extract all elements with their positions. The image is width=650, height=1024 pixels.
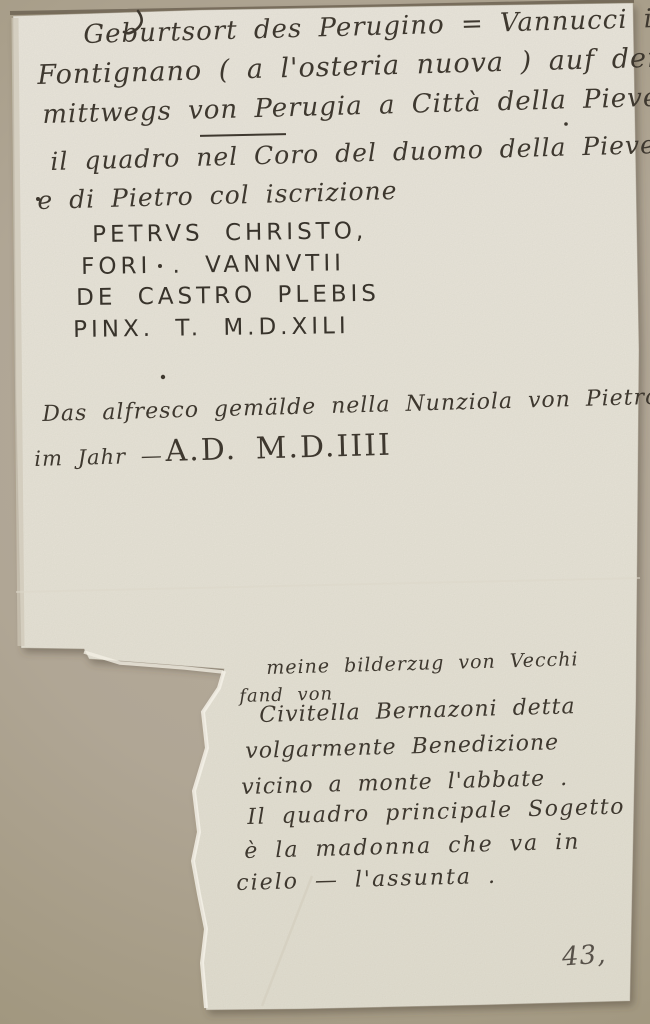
handwritten-line-birthplace: Geburtsort des Perugino = Vannucci ist: [83, 3, 650, 50]
fragment-line-vicino: vicino a monte l'abbate .: [241, 766, 568, 800]
fragment-line-quadro-principale: Il quadro principale Sogetto: [247, 794, 625, 830]
handwritten-line-year-prefix: im Jahr —: [34, 443, 163, 471]
handwritten-line-fresco: Das alfresco gemälde nella Nunziola von …: [42, 385, 650, 427]
handwritten-line-midway: mittwegs von Perugia a Città della Pieve…: [42, 82, 650, 130]
fragment-line-madonna: è la madonna che va in: [244, 830, 581, 864]
fragment-line-bilder: meine bilderzug von Vecchi: [266, 648, 579, 679]
inscription-line-petrvs: PETRVS CHRISTO,: [92, 218, 367, 248]
inscription-line-pinx: PINX. T. M.D.XILI: [73, 313, 350, 343]
handwritten-line-quadro: il quadro nel Coro del duomo della Pieve: [50, 130, 650, 176]
inscription-line-decastro: DE CASTRO PLEBIS: [76, 281, 380, 311]
manuscript-photo: Geburtsort des Perugino = Vannucci ist F…: [0, 0, 650, 1024]
fragment-line-volgarmente: volgarmente Benedizione: [245, 730, 559, 764]
handwritten-line-fontignano: Fontignano ( a l'osteria nuova ) auf dem: [37, 42, 650, 91]
handwriting-layer: Geburtsort des Perugino = Vannucci ist F…: [0, 0, 650, 1024]
perugia-underline: [200, 133, 286, 137]
fragment-line-assunta: cielo — l'assunta .: [236, 864, 497, 896]
inscription-line-fori: FORI . VANNVTII: [81, 250, 345, 280]
page-number: 43,: [561, 939, 607, 972]
handwritten-date-roman: A.D. M.D.IIII: [165, 428, 392, 469]
handwritten-line-iscrizione: e di Pietro col iscrizione: [37, 176, 398, 215]
